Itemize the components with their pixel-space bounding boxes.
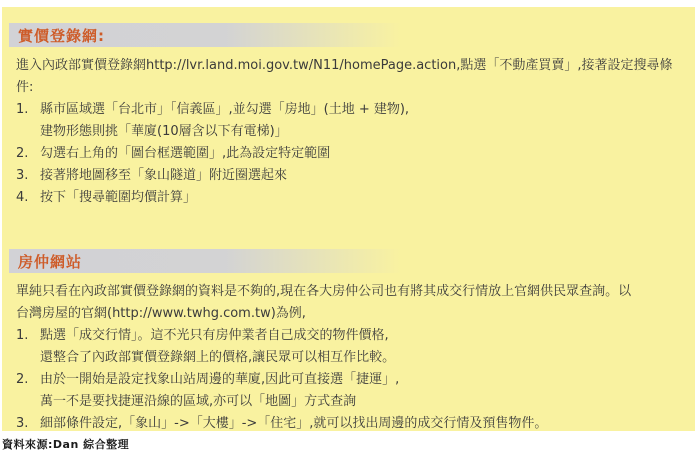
- list-item-number: 1.: [16, 325, 40, 347]
- list-item-text: 按下「搜尋範圍均價計算」: [40, 187, 687, 209]
- list-item: 1. 縣市區域選「台北市」「信義區」,並勾選「房地」(土地 + 建物), 建物形…: [16, 99, 687, 143]
- list-item-number: 3.: [16, 413, 40, 435]
- list-item-number: 2.: [16, 369, 40, 391]
- list-item: 3. 接著將地圖移至「象山隧道」附近圈選起來: [16, 165, 687, 187]
- source-note: 資料來源:Dan 綜合整理: [2, 436, 129, 452]
- list-item-number: 1.: [16, 99, 40, 121]
- page: 實價登錄網: 進入內政部實價登錄網http://lvr.land.moi.gov…: [0, 0, 696, 464]
- list-item-text: 接著將地圖移至「象山隧道」附近圈選起來: [40, 165, 687, 187]
- list-item-text: 勾選右上角的「圖台框選範圍」,此為設定特定範圍: [40, 143, 687, 165]
- section-header-bar: 實價登錄網:: [9, 23, 402, 47]
- section-title: 房仲網站: [18, 251, 82, 272]
- list-item-number: 4.: [16, 187, 40, 209]
- list-item: 2. 勾選右上角的「圖台框選範圍」,此為設定特定範圍: [16, 143, 687, 165]
- list-item: 3. 細部條件設定,「象山」->「大樓」->「住宅」,就可以找出周邊的成交行情及…: [16, 413, 687, 435]
- list-item-text: 由於一開始是設定找象山站周邊的華廈,因此可直接選「捷運」, 萬一不是要找捷運沿線…: [40, 369, 687, 413]
- section-title: 實價登錄網:: [18, 25, 105, 46]
- steps-list: 1. 縣市區域選「台北市」「信義區」,並勾選「房地」(土地 + 建物), 建物形…: [16, 99, 695, 209]
- section-real-price-registry: 實價登錄網: 進入內政部實價登錄網http://lvr.land.moi.gov…: [2, 23, 695, 209]
- content-panel: 實價登錄網: 進入內政部實價登錄網http://lvr.land.moi.gov…: [2, 7, 695, 431]
- list-item: 4. 按下「搜尋範圍均價計算」: [16, 187, 687, 209]
- section-intro: 進入內政部實價登錄網http://lvr.land.moi.gov.tw/N11…: [16, 55, 695, 99]
- section-realtor-websites: 房仲網站 單純只看在內政部實價登錄網的資料是不夠的,現在各大房仲公司也有將其成交…: [2, 249, 695, 435]
- section-header-bar: 房仲網站: [9, 249, 402, 273]
- list-item-text: 縣市區域選「台北市」「信義區」,並勾選「房地」(土地 + 建物), 建物形態則挑…: [40, 99, 687, 143]
- list-item-text: 細部條件設定,「象山」->「大樓」->「住宅」,就可以找出周邊的成交行情及預售物…: [40, 413, 687, 435]
- steps-list: 1. 點選「成交行情」。這不光只有房仲業者自己成交的物件價格, 還整合了內政部實…: [16, 325, 695, 435]
- list-item: 2. 由於一開始是設定找象山站周邊的華廈,因此可直接選「捷運」, 萬一不是要找捷…: [16, 369, 687, 413]
- list-item-number: 3.: [16, 165, 40, 187]
- section-intro: 單純只看在內政部實價登錄網的資料是不夠的,現在各大房仲公司也有將其成交行情放上官…: [16, 281, 695, 325]
- list-item-number: 2.: [16, 143, 40, 165]
- list-item-text: 點選「成交行情」。這不光只有房仲業者自己成交的物件價格, 還整合了內政部實價登錄…: [40, 325, 687, 369]
- list-item: 1. 點選「成交行情」。這不光只有房仲業者自己成交的物件價格, 還整合了內政部實…: [16, 325, 687, 369]
